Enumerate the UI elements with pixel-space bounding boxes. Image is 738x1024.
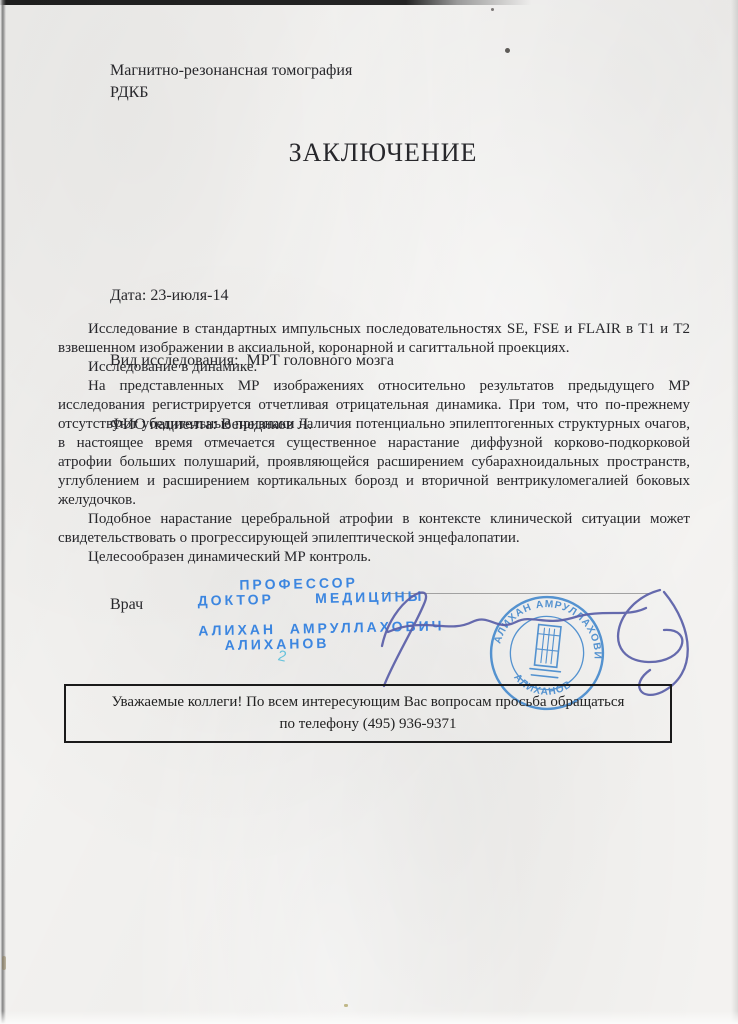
body-paragraph: Подобное нарастание церебральной атрофии… xyxy=(58,510,690,548)
doctor-label: Врач xyxy=(110,596,143,614)
footer-notice-line2: по телефону (495) 936-9371 xyxy=(66,713,670,735)
letterhead: Магнитно-резонансная томография РДКБ xyxy=(110,60,352,104)
stray-ink-mark: 2 xyxy=(276,647,288,665)
report-body: Исследование в стандартных импульсных по… xyxy=(58,320,690,567)
paper-speck xyxy=(491,8,494,11)
body-paragraph: Исследование в динамике. xyxy=(58,358,690,377)
report-title: ЗАКЛЮЧЕНИЕ xyxy=(0,138,738,168)
paper-speck xyxy=(344,1004,348,1007)
letterhead-line-hospital: РДКБ xyxy=(110,82,352,104)
scan-edge-top xyxy=(0,0,738,5)
footer-notice-line1: Уважаемые коллеги! По всем интересующим … xyxy=(66,691,670,713)
paper-speck xyxy=(2,956,6,970)
scan-edge-left xyxy=(0,0,6,1024)
body-paragraph: На представленных МР изображениях относи… xyxy=(58,377,690,510)
paper-speck xyxy=(505,48,510,53)
scan-edge-bottom xyxy=(0,1011,738,1024)
footer-notice-box: Уважаемые коллеги! По всем интересующим … xyxy=(64,684,672,743)
scan-edge-right xyxy=(731,0,738,1024)
body-paragraph: Целесообразен динамический МР контроль. xyxy=(58,548,690,567)
scanned-report-page: Магнитно-резонансная томография РДКБ ЗАК… xyxy=(0,0,738,1024)
letterhead-line-modality: Магнитно-резонансная томография xyxy=(110,60,352,82)
body-paragraph: Исследование в стандартных импульсных по… xyxy=(58,320,690,358)
meta-date: Дата: 23-июля-14 xyxy=(110,285,394,307)
